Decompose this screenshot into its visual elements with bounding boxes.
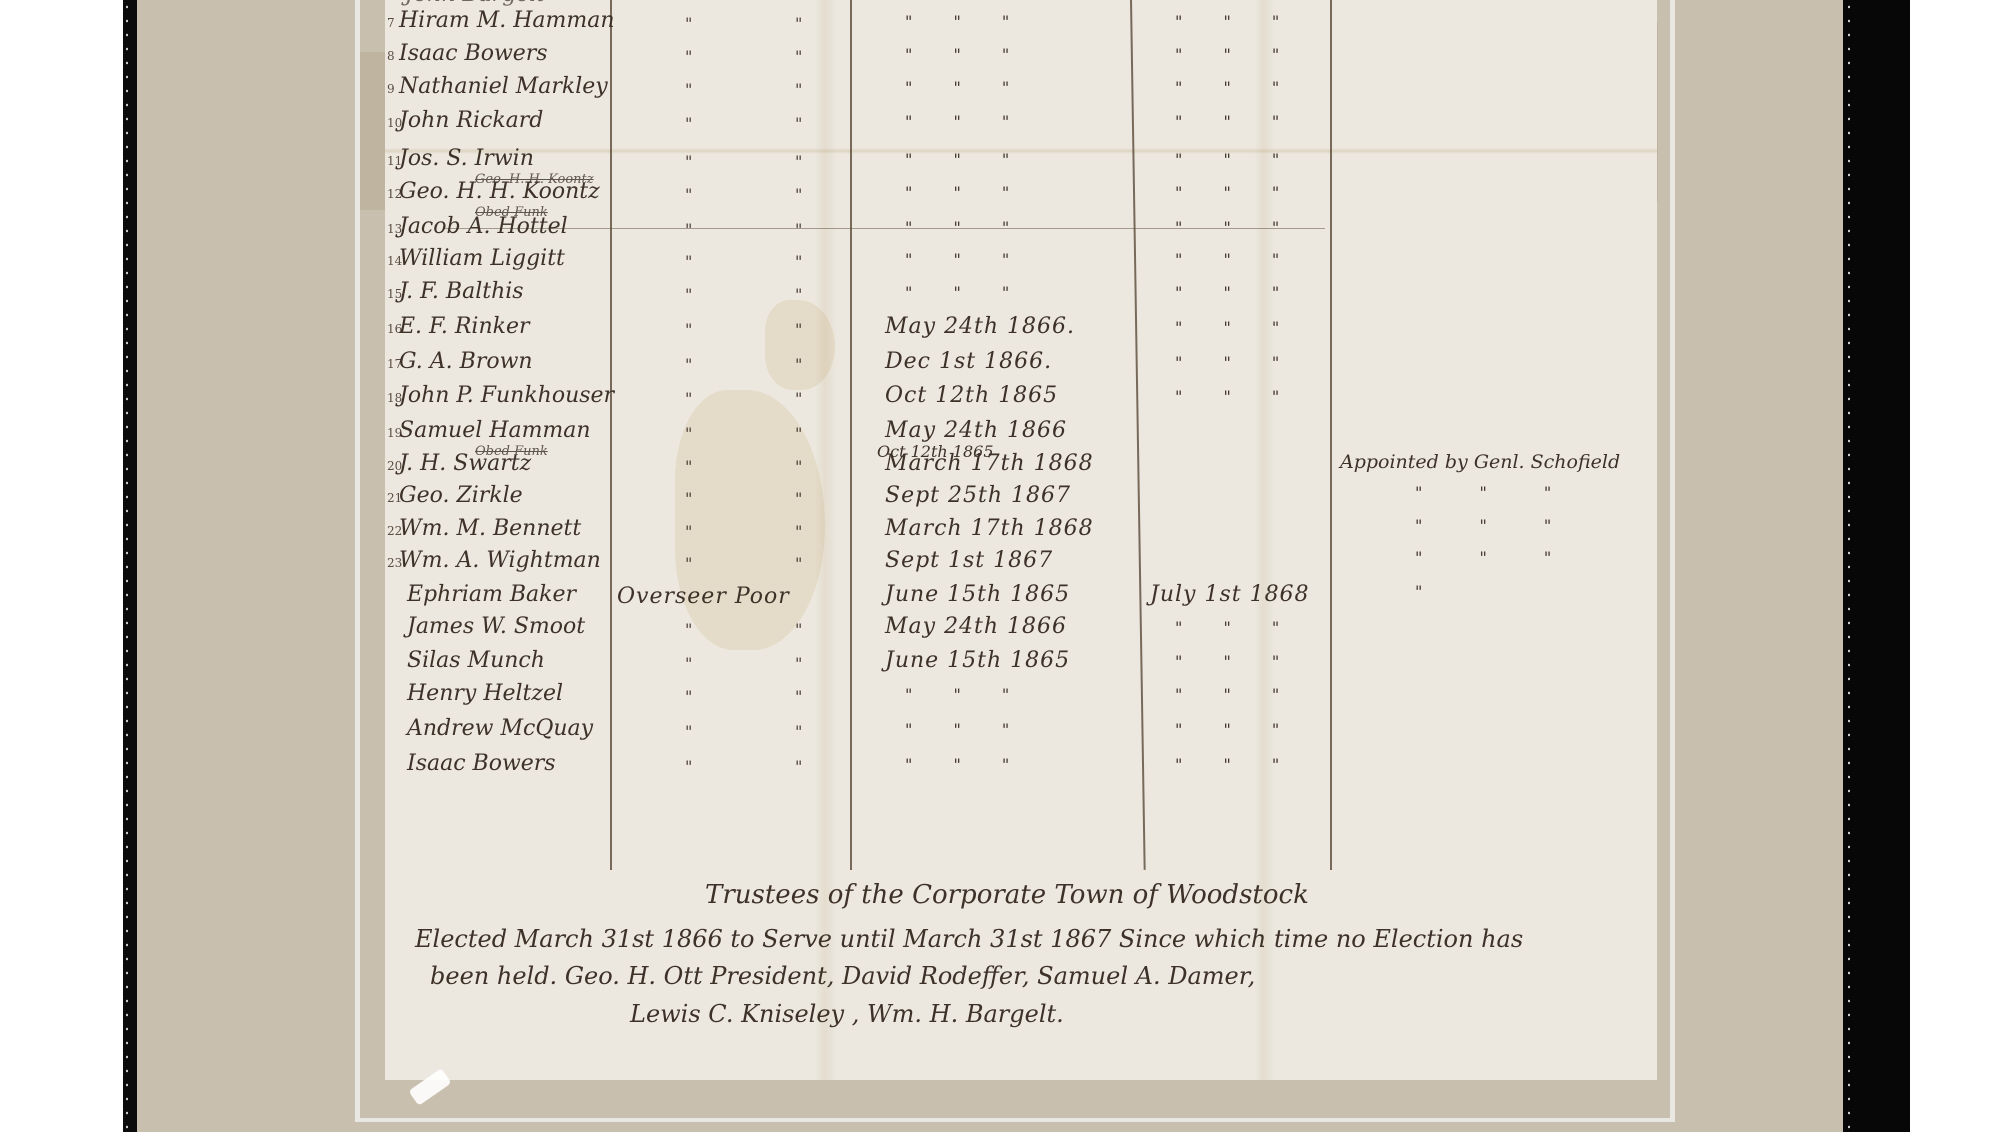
appointment-date: May 24th 1866: [885, 614, 1067, 639]
frame-left-edge: [123, 0, 137, 1132]
footer-line-2: been held. Geo. H. Ott President, David …: [430, 962, 1255, 990]
ditto-marks: " " ": [1175, 45, 1297, 64]
ditto-mark: ": [795, 522, 802, 541]
registrant-name: Wm. A. Wightman: [399, 548, 601, 573]
ditto-marks: " " ": [1175, 78, 1297, 97]
water-stain: [765, 300, 835, 390]
ditto-marks: " " ": [1175, 12, 1297, 31]
registrant-name: James W. Smoot: [407, 614, 585, 639]
ditto-mark: ": [685, 320, 692, 339]
ditto-marks: " " ": [1175, 652, 1297, 671]
appointment-date: June 15th 1865: [885, 582, 1070, 607]
registrant-name: J. F. Balthis: [399, 279, 524, 304]
struck-entry: [1155, 558, 1325, 566]
struck-entry: [1155, 461, 1325, 469]
ditto-mark: ": [795, 722, 802, 741]
struck-entry: [1155, 526, 1325, 534]
ditto-mark: ": [795, 757, 802, 776]
registrant-name: Samuel Hamman: [399, 418, 591, 443]
ditto-marks: " " ": [1175, 218, 1297, 237]
frame-right-edge: [1843, 0, 1910, 1132]
ditto-marks: " " ": [1175, 755, 1297, 774]
registrant-name: John P. Funkhouser: [399, 383, 614, 408]
ditto-mark: ": [795, 424, 802, 443]
ditto-marks: " " ": [1175, 183, 1297, 202]
footer-heading: Trustees of the Corporate Town of Woodst…: [705, 880, 1309, 910]
ditto-mark: ": [685, 722, 692, 741]
ditto-mark: ": [795, 252, 802, 271]
ditto-mark: ": [685, 285, 692, 304]
ditto-mark: ": [685, 185, 692, 204]
struck-entry: [1155, 493, 1325, 501]
ditto-mark: ": [685, 554, 692, 573]
remark: Appointed by Genl. Schofield: [1340, 451, 1620, 473]
ditto-marks: " " ": [1175, 150, 1297, 169]
registrant-name: Isaac Bowers: [407, 751, 556, 776]
appointment-date: Oct 12th 1865: [885, 383, 1058, 408]
ditto-mark: ": [685, 654, 692, 673]
ditto-marks: " " ": [1175, 250, 1297, 269]
office-title: Overseer Poor: [617, 584, 790, 609]
footer-line-1: Elected March 31st 1866 to Serve until M…: [415, 925, 1523, 953]
ditto-mark: ": [795, 14, 802, 33]
ditto-mark: ": [685, 424, 692, 443]
ditto-mark: ": [795, 654, 802, 673]
registrant-name: J. H. Swartz: [399, 451, 531, 476]
ditto-mark: ": [685, 114, 692, 133]
ditto-mark: ": [685, 687, 692, 706]
ditto-mark: ": [795, 285, 802, 304]
ditto-mark: ": [795, 320, 802, 339]
ditto-marks: " " ": [905, 45, 1027, 64]
water-stain: [675, 390, 825, 650]
ditto-marks: " " ": [905, 112, 1027, 131]
ditto-marks: " " ": [1175, 720, 1297, 739]
ditto-mark: ": [795, 687, 802, 706]
ditto-mark: ": [795, 220, 802, 239]
row-number: 7: [387, 16, 395, 30]
registrant-name: Nathaniel Markley: [399, 74, 608, 99]
ditto-marks: " " ": [1415, 548, 1577, 567]
ditto-mark: ": [795, 620, 802, 639]
ditto-mark: ": [685, 47, 692, 66]
ditto-mark: ": [795, 489, 802, 508]
column-rule: [1330, 0, 1332, 870]
ditto-mark: ": [795, 355, 802, 374]
ditto-mark: ": [685, 620, 692, 639]
ditto-marks: " " ": [905, 78, 1027, 97]
appointment-date: Sept 1st 1867: [885, 548, 1053, 573]
ditto-mark: ": [685, 80, 692, 99]
appointment-date: Sept 25th 1867: [885, 483, 1071, 508]
ditto-mark: ": [685, 389, 692, 408]
ditto-mark: ": [795, 47, 802, 66]
ditto-marks: " " ": [905, 150, 1027, 169]
registrant-name: Silas Munch: [407, 648, 545, 673]
appointment-date: June 15th 1865: [885, 648, 1070, 673]
ditto-mark: ": [795, 114, 802, 133]
registrant-name: Jos. S. Irwin: [399, 146, 534, 171]
ditto-mark: ": [685, 252, 692, 271]
ditto-mark: ": [795, 80, 802, 99]
ditto-marks: " " ": [1415, 516, 1577, 535]
ditto-marks: " " ": [1175, 618, 1297, 637]
registrant-name: Geo. H. H. Koontz: [399, 179, 600, 204]
row-number: 8: [387, 49, 395, 63]
row-number: 9: [387, 82, 395, 96]
ditto-mark: ": [685, 14, 692, 33]
ditto-mark: ": [685, 152, 692, 171]
ditto-marks: " " ": [1175, 318, 1297, 337]
appointment-date: May 24th 1866: [885, 418, 1067, 443]
ditto-marks: " " ": [905, 720, 1027, 739]
ditto-marks: " " ": [1175, 685, 1297, 704]
ditto-marks: " " ": [1175, 283, 1297, 302]
ditto-marks: " " ": [905, 685, 1027, 704]
appointment-date: Dec 1st 1866.: [885, 349, 1052, 374]
registrant-name: Geo. Zirkle: [399, 483, 523, 508]
registrant-name: Henry Heltzel: [407, 681, 563, 706]
registrant-name: Hiram M. Hamman: [399, 8, 615, 33]
ditto-mark: ": [685, 522, 692, 541]
appointment-date: May 24th 1866.: [885, 314, 1075, 339]
registrant-name: Ephriam Baker: [407, 582, 576, 607]
registrant-name: Jacob A. Hottel: [399, 214, 568, 239]
ditto-mark: ": [795, 185, 802, 204]
ditto-mark: ": [685, 457, 692, 476]
footer-line-3: Lewis C. Kniseley , Wm. H. Bargelt.: [630, 1000, 1064, 1028]
mat-inner-line-bottom: [355, 1118, 1675, 1122]
document-paper: John Bargelt7Hiram M. Hamman""" " "" " "…: [385, 0, 1657, 1080]
ditto-marks: " " ": [1415, 483, 1577, 502]
appointment-date: March 17th 1868: [885, 516, 1094, 541]
mat-inner-line-right: [1670, 0, 1675, 1122]
ditto-mark: ": [795, 389, 802, 408]
ditto-marks: " " ": [905, 12, 1027, 31]
ditto-marks: " " ": [905, 755, 1027, 774]
ditto-marks: " " ": [905, 218, 1027, 237]
column-rule: [1130, 0, 1146, 870]
ditto-mark: ": [685, 489, 692, 508]
registrant-name: E. F. Rinker: [399, 314, 530, 339]
ditto-mark: ": [795, 554, 802, 573]
ditto-marks: " " ": [905, 250, 1027, 269]
ditto-marks: " " ": [1175, 387, 1297, 406]
ditto-mark: ": [685, 757, 692, 776]
ditto-mark: ": [685, 220, 692, 239]
registrant-name: Isaac Bowers: [399, 41, 548, 66]
registrant-name: John Rickard: [399, 108, 543, 133]
term-date: July 1st 1868: [1150, 582, 1310, 607]
ditto-marks: " " ": [1175, 112, 1297, 131]
ditto-marks: ": [1415, 582, 1448, 601]
ditto-mark: ": [795, 457, 802, 476]
ditto-marks: " " ": [905, 283, 1027, 302]
registrant-name: Andrew McQuay: [407, 716, 593, 741]
registrant-name: Wm. M. Bennett: [399, 516, 581, 541]
top-partial-name: John Bargelt: [405, 0, 545, 7]
ditto-marks: " " ": [905, 183, 1027, 202]
appointment-date: March 17th 1868: [885, 451, 1094, 476]
ditto-marks: " " ": [1175, 353, 1297, 372]
registrant-name: William Liggitt: [399, 246, 565, 271]
registrant-name: G. A. Brown: [399, 349, 533, 374]
column-rule: [850, 0, 852, 870]
ditto-mark: ": [795, 152, 802, 171]
ditto-mark: ": [685, 355, 692, 374]
column-rule: [610, 0, 612, 870]
